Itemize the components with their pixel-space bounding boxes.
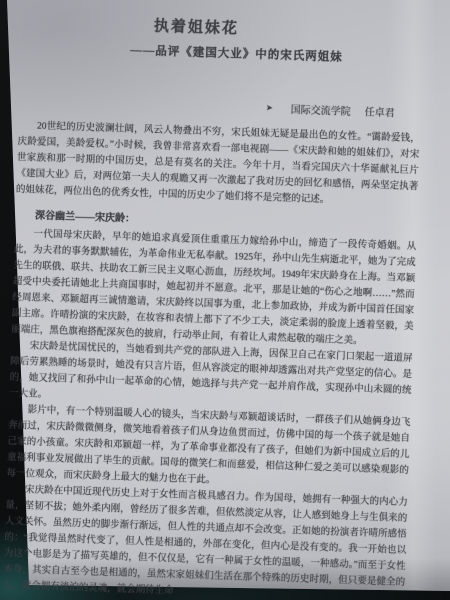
photo-of-document: 执着姐妹花 ——品评《建国大业》中的宋氏两姐妹 ➤ 国际交流学院 任卓君 20世… — [0, 0, 450, 600]
byline-affiliation: 国际交流学院 — [291, 101, 351, 118]
document-subtitle: ——品评《建国大业》中的宋氏两姐妹 — [50, 39, 422, 67]
byline: ➤ 国际交流学院 任卓君 — [19, 92, 421, 120]
intro-paragraph: 20世纪的历史波澜壮阔，风云人物叠出不穷，宋氏姐妹无疑是最出色的女性。“霭龄爱钱… — [16, 118, 420, 211]
document-title: 执着姐妹花 — [21, 10, 372, 43]
paragraph-songqingling-1: 一代国母宋庆龄，早年的她追求真爱顶住重重压力嫁给孙中山，缔造了一段传奇婚姻。从此… — [11, 226, 416, 351]
paragraph-songqingling-4: 宋庆龄在中国近现代历史上对于女性而言极具感召力。作为国母，她拥有一种强大的内心力… — [3, 482, 408, 600]
document-content: 执着姐妹花 ——品评《建国大业》中的宋氏两姐妹 ➤ 国际交流学院 任卓君 20世… — [3, 6, 424, 600]
paragraph-songqingling-3: 影片中，有一个特别温暖人心的镜头，当宋庆龄与邓颖超谈话时，一群孩子们从她俩身边飞… — [6, 402, 410, 495]
arrow-bullet-icon: ➤ — [266, 103, 273, 112]
byline-author: 任卓君 — [364, 103, 394, 119]
